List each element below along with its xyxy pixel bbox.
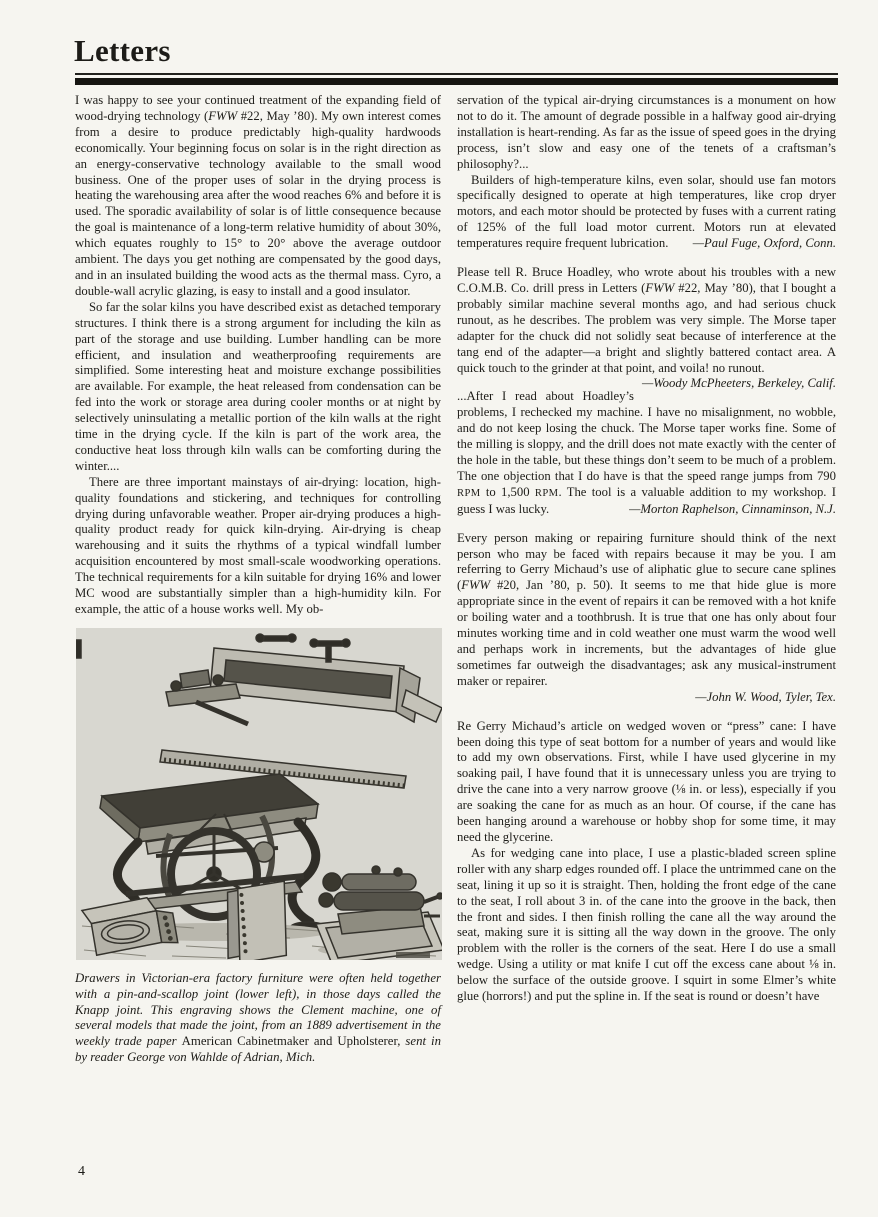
paragraph: I was happy to see your continued treatm… <box>75 93 441 300</box>
letter-signature: —Paul Fuge, Oxford, Conn. <box>671 236 836 252</box>
engraving-caption: Drawers in Victorian-era factory furnitu… <box>75 971 441 1066</box>
paragraph: Please tell R. Bruce Hoadley, who wrote … <box>457 265 836 376</box>
paragraph: servation of the typical air-drying circ… <box>457 93 836 173</box>
right-column: servation of the typical air-drying circ… <box>457 93 836 1005</box>
paragraph: Builders of high-temperature kilns, even… <box>457 173 836 253</box>
paragraph: There are three important mainstays of a… <box>75 475 441 618</box>
paragraph: Re Gerry Michaud’s article on wedged wov… <box>457 719 836 846</box>
page-title: Letters <box>74 34 171 68</box>
paragraph: Every person making or repairing furnitu… <box>457 531 836 690</box>
engraving-figure <box>76 628 441 960</box>
header-rule-thick <box>75 78 838 85</box>
paragraph: As for wedging cane into place, I use a … <box>457 846 836 1005</box>
header-rule-thin <box>75 73 838 75</box>
left-column: I was happy to see your continued treatm… <box>75 93 441 1066</box>
letter-signature: —John W. Wood, Tyler, Tex. <box>457 690 836 706</box>
engraving-image <box>76 628 442 960</box>
magazine-page: Letters I was happy to see your continue… <box>0 0 878 1217</box>
letter-signature: —Morton Raphelson, Cinnaminson, N.J. <box>621 502 836 518</box>
joint-sample-board <box>224 878 290 960</box>
letter-signature: —Woody McPheeters, Berkeley, Calif. <box>634 376 836 392</box>
paragraph: So far the solar kilns you have describe… <box>75 300 441 475</box>
page-number: 4 <box>78 1164 85 1180</box>
paragraph: ...After I read about Hoadley’s problems… <box>457 389 836 517</box>
